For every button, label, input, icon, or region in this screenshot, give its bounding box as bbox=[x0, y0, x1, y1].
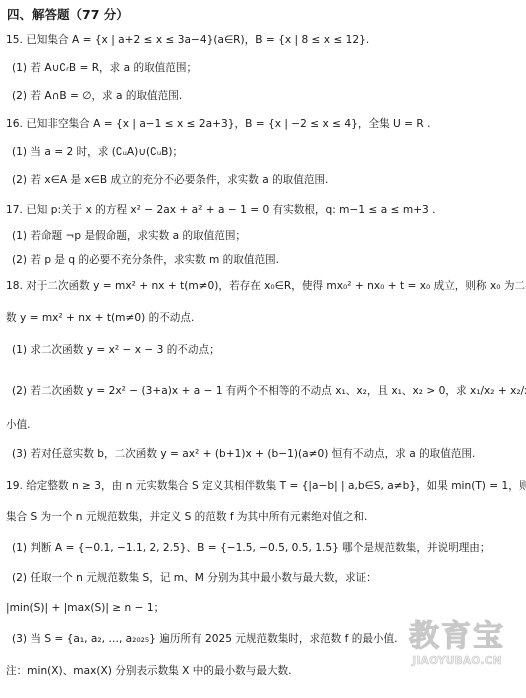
problem-part: (1) 若 A∪∁ᵣB = R，求 a 的取值范围； bbox=[12, 61, 197, 75]
problem-stem: 15. 已知集合 A = {x | a+2 ≤ x ≤ 3a−4}(a∈R)，B… bbox=[6, 33, 369, 47]
problem-part: (1) 判断 A = {−0.1, −1.1, 2, 2.5}、B = {−1.… bbox=[12, 541, 491, 555]
problem-part: (2) 若二次函数 y = 2x² − (3+a)x + a − 1 有两个不相… bbox=[12, 384, 526, 398]
problem-part: (1) 当 a = 2 时，求 (∁ᵤA)∪(∁ᵤB)； bbox=[12, 145, 183, 159]
problem-part: (1) 求二次函数 y = x² − x − 3 的不动点； bbox=[12, 343, 220, 357]
problem-part: (1) 若命题 ¬p 是假命题，求实数 a 的取值范围； bbox=[12, 229, 246, 243]
section-title: 四、解答题（77 分） bbox=[7, 8, 129, 22]
footnote: 注：min(X)、max(X) 分别表示数集 X 中的最小数与最大数. bbox=[6, 664, 292, 678]
watermark-cn: 教育宝 bbox=[392, 620, 522, 654]
problem-stem: 17. 已知 p:关于 x 的方程 x² − 2ax + a² + a − 1 … bbox=[6, 203, 436, 217]
watermark-logo: 教育宝 JIAOYUBAO.CN bbox=[392, 620, 522, 680]
problem-stem: 18. 对于二次函数 y = mx² + nx + t(m≠0)，若存在 x₀∈… bbox=[6, 279, 526, 293]
watermark-en: JIAOYUBAO.CN bbox=[392, 654, 522, 668]
problem-part: (2) 若 A∩B = ∅，求 a 的取值范围. bbox=[12, 89, 182, 103]
problem-part: 小值. bbox=[6, 418, 31, 432]
problem-part: (2) 若 x∈A 是 x∈B 成立的充分不必要条件，求实数 a 的取值范围. bbox=[12, 173, 328, 187]
problem-part: (2) 若 p 是 q 的必要不充分条件，求实数 m 的取值范围. bbox=[12, 253, 279, 267]
problem-part: |min(S)| + |max(S)| ≥ n − 1； bbox=[6, 601, 164, 615]
problem-stem: 集合 S 为一个 n 元规范数集，并定义 S 的范数 f 为其中所有元素绝对值之… bbox=[6, 510, 367, 524]
problem-part: (3) 若对任意实数 b，二次函数 y = ax² + (b+1)x + (b−… bbox=[12, 447, 475, 461]
problem-part: (3) 当 S = {a₁, a₂, …, a₂₀₂₅} 遍历所有 2025 元… bbox=[12, 632, 398, 646]
problem-part: (2) 任取一个 n 元规范数集 S，记 m、M 分别为其中最小数与最大数，求证… bbox=[12, 571, 377, 585]
problem-stem: 数 y = mx² + nx + t(m≠0) 的不动点. bbox=[6, 311, 194, 325]
problem-stem: 16. 已知非空集合 A = {x | a−1 ≤ x ≤ 2a+3}，B = … bbox=[6, 117, 431, 131]
problem-stem: 19. 给定整数 n ≥ 3，由 n 元实数集合 S 定义其相伴数集 T = {… bbox=[6, 479, 526, 493]
